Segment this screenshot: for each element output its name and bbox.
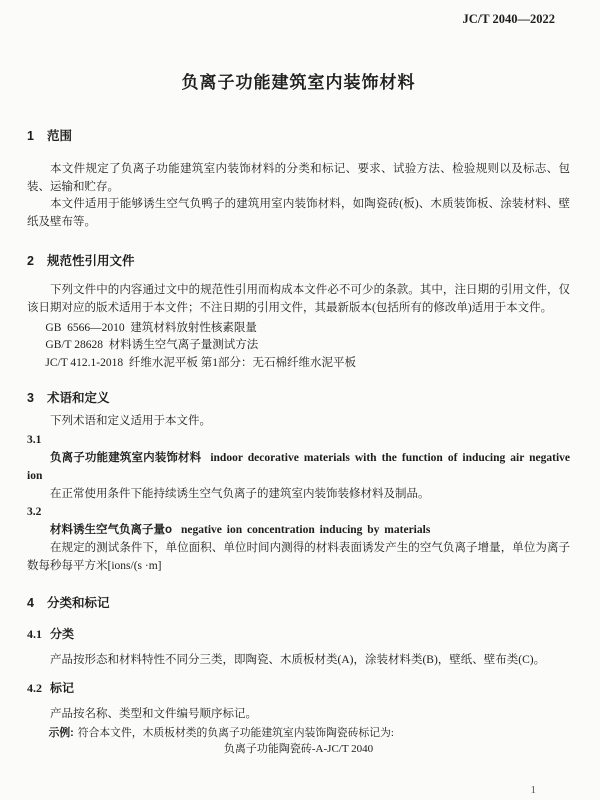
section-4-title: 分类和标记	[47, 596, 110, 610]
section-4-1-paragraph: 产品按形态和材料特性不同分三类，即陶瓷、木质板材类(A)，涂装材料类(B)，壁纸…	[27, 652, 570, 670]
term-3-2-chinese: 材料诱生空气负离子量o	[50, 524, 172, 536]
page-content: JC/T 2040—2022 负离子功能建筑室内装饰材料 1范围 本文件规定了负…	[0, 0, 600, 757]
term-3-2-english: negative ion concentration inducing by m…	[181, 524, 430, 536]
section-4-1-heading: 4.1分类	[27, 626, 570, 642]
section-4-1-number: 4.1	[27, 627, 42, 641]
normative-references-list: GB 6566—2010 建筑材料放射性核素限量 GB/T 28628 材料诱生…	[27, 320, 570, 373]
section-4-2-heading: 4.2标记	[27, 680, 570, 696]
term-3-1-number: 3.1	[27, 431, 570, 449]
section-3-number: 3	[27, 390, 34, 407]
section-4-2-paragraph: 产品按名称、类型和文件编号顺序标记。	[27, 706, 570, 724]
section-4-2-number: 4.2	[27, 681, 42, 695]
section-3-intro: 下列术语和定义适用于本文件。	[27, 413, 570, 431]
term-3-1-line: 负离子功能建筑室内装饰材料indoor decorative materials…	[27, 449, 570, 485]
term-3-2-number: 3.2	[27, 503, 570, 521]
document-page: JC/T 2040—2022 负离子功能建筑室内装饰材料 1范围 本文件规定了负…	[0, 0, 600, 800]
term-3-2-definition: 在规定的测试条件下，单位面积、单位时间内测得的材料表面诱发产生的空气负离子增量，…	[27, 539, 570, 575]
section-2-paragraph-1: 下列文件中的内容通过文中的规范性引用而构成本文件必不可少的条款。其中，注日期的引…	[27, 282, 570, 317]
section-2-number: 2	[27, 253, 34, 270]
section-3-title: 术语和定义	[47, 391, 110, 405]
section-1-number: 1	[27, 128, 34, 145]
reference-item: GB 6566—2010 建筑材料放射性核素限量	[27, 320, 570, 338]
document-title: 负离子功能建筑室内装饰材料	[27, 72, 570, 94]
term-3-1-definition: 在正常使用条件下能持续诱生空气负离子的建筑室内装饰装修材料及制品。	[27, 485, 570, 503]
page-number: 1	[531, 784, 537, 796]
reference-item: GB/T 28628 材料诱生空气离子量测试方法	[27, 337, 570, 355]
section-2-heading: 2规范性引用文件	[27, 253, 570, 270]
example-label: 示例:	[49, 727, 74, 739]
term-3-1-chinese: 负离子功能建筑室内装饰材料	[50, 452, 201, 464]
term-3-2-line: 材料诱生空气负离子量onegative ion concentration in…	[27, 521, 570, 539]
section-4-number: 4	[27, 595, 34, 612]
section-1-paragraph-2: 本文件适用于能够诱生空气负鸭子的建筑用室内装饰材料，如陶瓷砖(板)、木质装饰板、…	[27, 196, 570, 231]
section-1-heading: 1范围	[27, 128, 570, 145]
section-4-2-title: 标记	[50, 681, 74, 695]
section-4-1-title: 分类	[50, 627, 74, 641]
section-1-paragraph-1: 本文件规定了负离子功能建筑室内装饰材料的分类和标记、要求、试验方法、检验规则以及…	[27, 161, 570, 196]
example-line: 示例:符合本文件，木质板材类的负离子功能建筑室内装饰陶瓷砖标记为:	[27, 725, 570, 741]
example-text: 符合本文件，木质板材类的负离子功能建筑室内装饰陶瓷砖标记为:	[78, 727, 394, 739]
section-4-heading: 4分类和标记	[27, 595, 570, 612]
section-1-title: 范围	[47, 129, 72, 143]
standard-number: JC/T 2040—2022	[27, 12, 555, 27]
section-2-title: 规范性引用文件	[47, 254, 135, 268]
example-designation: 负离子功能陶瓷砖-A-JC/T 2040	[27, 741, 570, 757]
reference-item: JC/T 412.1-2018 纤维水泥平板 第1部分：无石棉纤维水泥平板	[27, 355, 570, 373]
section-3-heading: 3术语和定义	[27, 390, 570, 407]
